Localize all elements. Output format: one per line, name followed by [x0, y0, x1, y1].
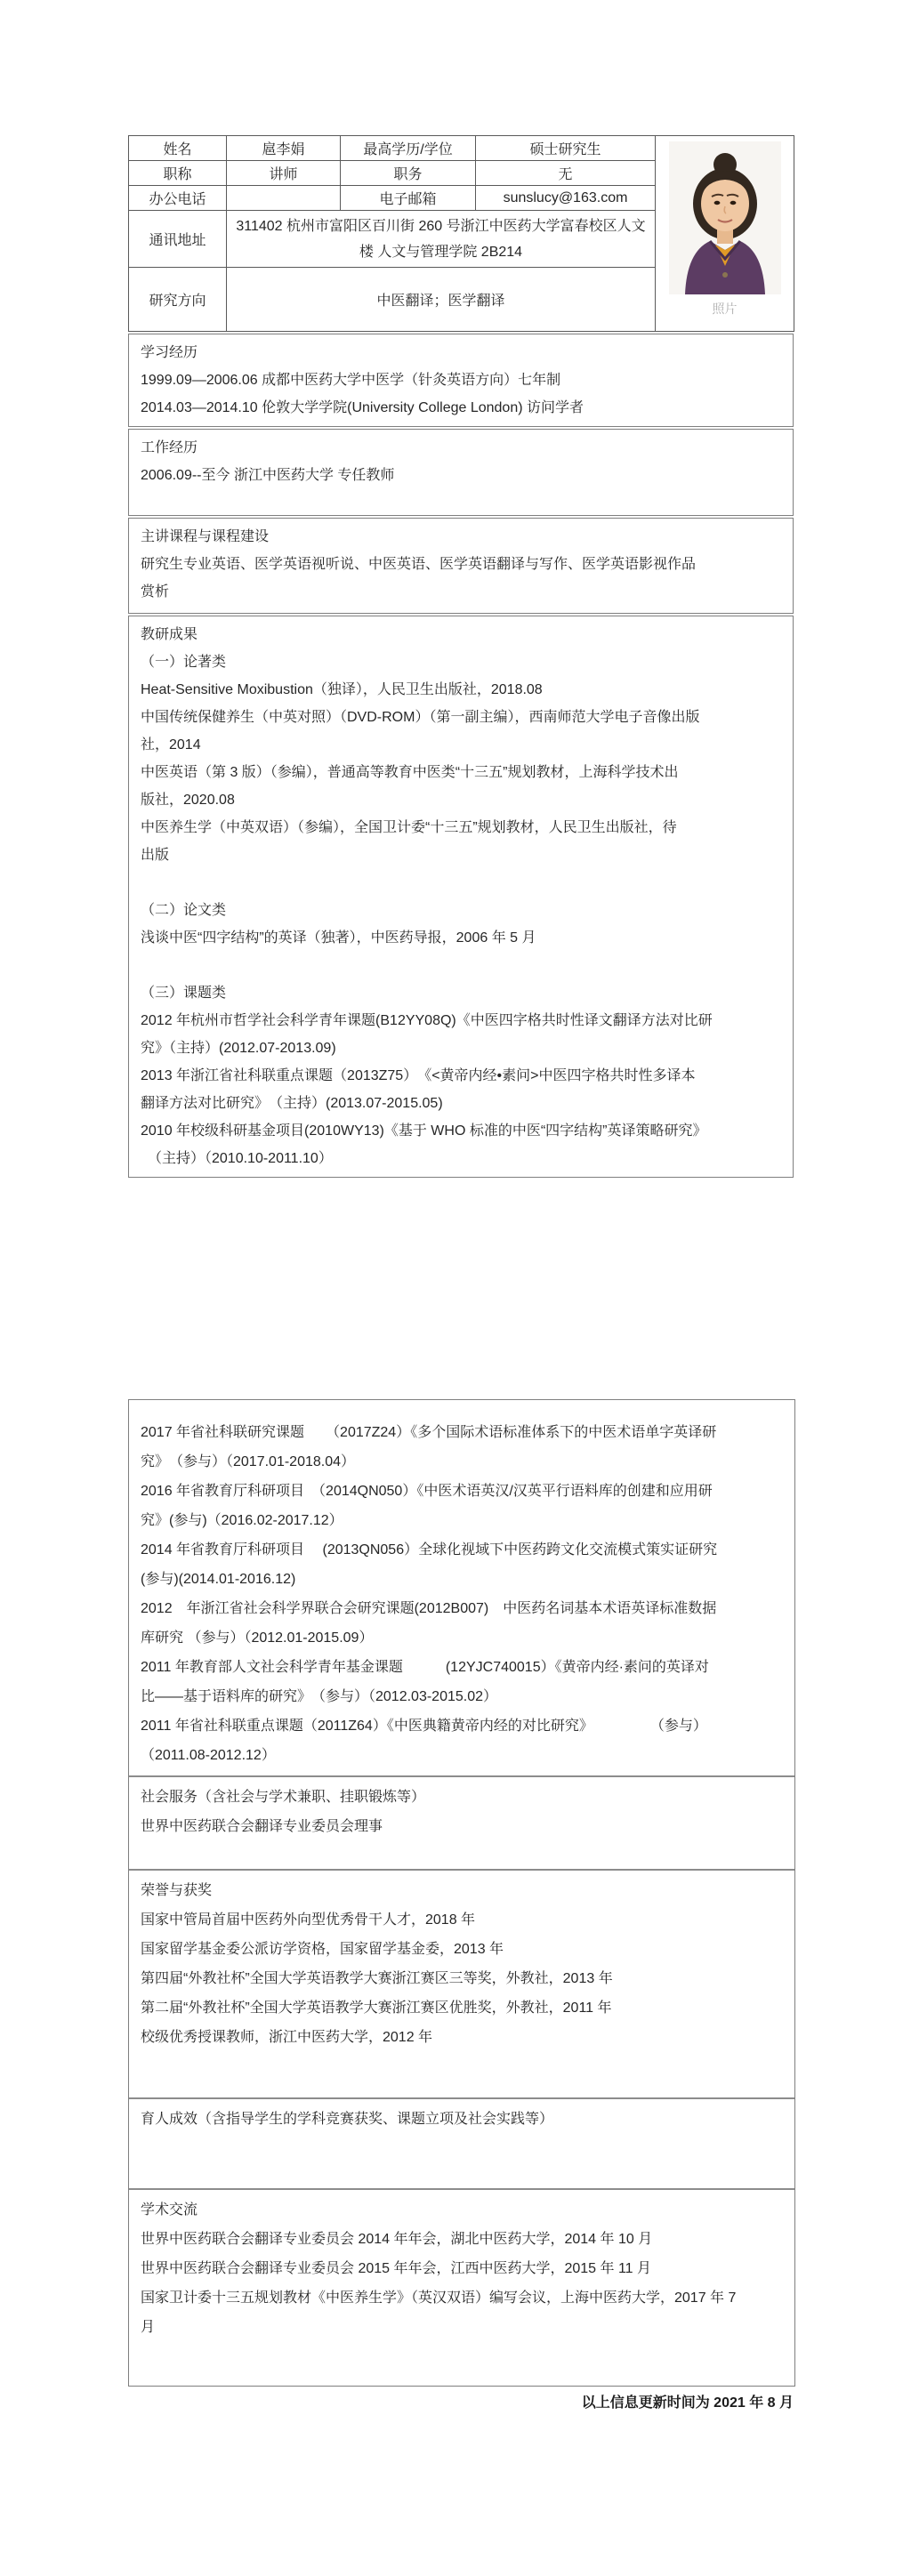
research-value: 中医翻译；医学翻译 — [227, 268, 656, 332]
update-time-note: 以上信息更新时间为 2021 年 8 月 — [128, 2391, 794, 2411]
text-line: 2011 年省社科联重点课题（2011Z64）《中医典籍黄帝内经的对比研究》 （… — [141, 1711, 783, 1741]
section-mentoring: 育人成效（含指导学生的学科竞赛获奖、课题立项及社会实践等） — [129, 2097, 794, 2188]
text-line: 究》 （参与）（2017.01-2018.04） — [141, 1447, 783, 1477]
email-value: sunslucy@163.com — [476, 186, 656, 211]
text-line: 2012 年杭州市哲学社会科学青年课题(B12YY08Q)《中医四字格共时性译文… — [141, 1007, 781, 1034]
duty-label: 职务 — [341, 161, 476, 186]
text-line — [141, 952, 781, 979]
text-line: （主持）（2010.10-2011.10） — [141, 1145, 781, 1172]
text-line: 2011 年教育部人文社会科学青年基金课题 (12YJC740015）《黄帝内经… — [141, 1653, 783, 1682]
text-line: (参与)(2014.01-2016.12) — [141, 1565, 783, 1594]
text-line: （一）论著类 — [141, 648, 781, 676]
section-title: 工作经历 — [141, 434, 781, 462]
degree-value: 硕士研究生 — [476, 136, 656, 161]
text-line: （三）课题类 — [141, 979, 781, 1007]
resume-page-2: 2017 年省社科联研究课题 （2017Z24）《多个国际术语标准体系下的中医术… — [128, 1399, 795, 2387]
degree-label: 最高学历/学位 — [341, 136, 476, 161]
text-line: 翻译方法对比研究》 （主持）(2013.07-2015.05) — [141, 1090, 781, 1117]
section-projects-continued: 2017 年省社科联研究课题 （2017Z24）《多个国际术语标准体系下的中医术… — [129, 1400, 794, 1775]
address-value: 311402 杭州市富阳区百川街 260 号浙江中医药大学富春校区人文楼 人文与… — [227, 211, 656, 268]
section-body: 2017 年省社科联研究课题 （2017Z24）《多个国际术语标准体系下的中医术… — [141, 1418, 783, 1770]
text-line: 1999.09—2006.06 成都中医药大学中医学（针灸英语方向）七年制 — [141, 366, 781, 394]
text-line: 研究生专业英语、医学英语视听说、中医英语、医学英语翻译与写作、医学英语影视作品 — [141, 551, 781, 578]
text-line: 比——基于语料库的研究》 （参与）（2012.03-2015.02） — [141, 1682, 783, 1711]
office-phone-value — [227, 186, 341, 211]
job-title-value: 讲师 — [227, 161, 341, 186]
text-line: 2017 年省社科联研究课题 （2017Z24）《多个国际术语标准体系下的中医术… — [141, 1418, 783, 1447]
text-line: 浅谈中医“四字结构”的英译（独著），中医药导报，2006 年 5 月 — [141, 924, 781, 952]
section-title: 育人成效（含指导学生的学科竞赛获奖、课题立项及社会实践等） — [141, 2105, 783, 2134]
text-line: 2014 年省教育厅科研项目 (2013QN056）全球化视域下中医药跨文化交流… — [141, 1535, 783, 1565]
section-achievements: 教研成果 （一）论著类Heat-Sensitive Moxibustion（独译… — [128, 616, 794, 1178]
section-title: 学习经历 — [141, 339, 781, 366]
text-line: 中医养生学（中英双语）（参编），全国卫计委“十三五”规划教材，人民卫生出版社，待 — [141, 814, 781, 841]
section-courses: 主讲课程与课程建设 研究生专业英语、医学英语视听说、中医英语、医学英语翻译与写作… — [128, 518, 794, 614]
text-line: 2013 年浙江省社科联重点课题（2013Z75） 《<黄帝内经•素问>中医四字… — [141, 1062, 781, 1090]
section-body: 研究生专业英语、医学英语视听说、中医英语、医学英语翻译与写作、医学英语影视作品赏… — [141, 551, 781, 606]
text-line: （二）论文类 — [141, 897, 781, 924]
text-line: 世界中医药联合会翻译专业委员会 2015 年年会，江西中医药大学，2015 年 … — [141, 2254, 783, 2283]
text-line — [141, 869, 781, 897]
section-social-service: 社会服务（含社会与学术兼职、挂职锻炼等） 世界中医药联合会翻译专业委员会理事 — [129, 1775, 794, 1869]
text-line: 社，2014 — [141, 731, 781, 759]
name-label: 姓名 — [129, 136, 227, 161]
text-line: 世界中医药联合会翻译专业委员会理事 — [141, 1812, 783, 1841]
email-label: 电子邮箱 — [341, 186, 476, 211]
text-line: 第二届“外教社杯”全国大学英语教学大赛浙江赛区优胜奖，外教社，2011 年 — [141, 1993, 783, 2023]
section-work: 工作经历 2006.09--至今 浙江中医药大学 专任教师 — [128, 429, 794, 516]
section-education: 学习经历 1999.09—2006.06 成都中医药大学中医学（针灸英语方向）七… — [128, 334, 794, 427]
section-title: 社会服务（含社会与学术兼职、挂职锻炼等） — [141, 1783, 783, 1812]
text-line: 究》(参与)（2016.02-2017.12） — [141, 1506, 783, 1535]
text-line: 版社，2020.08 — [141, 786, 781, 814]
section-body: （一）论著类Heat-Sensitive Moxibustion（独译），人民卫… — [141, 648, 781, 1172]
text-line: 中国传统保健养生（中英对照）（DVD-ROM）（第一副主编），西南师范大学电子音… — [141, 704, 781, 731]
section-title: 主讲课程与课程建设 — [141, 523, 781, 551]
text-line: 赏析 — [141, 578, 781, 606]
office-phone-label: 办公电话 — [129, 186, 227, 211]
section-title: 教研成果 — [141, 621, 781, 648]
section-body: 世界中医药联合会翻译专业委员会理事 — [141, 1812, 783, 1841]
text-line: 2016 年省教育厅科研项目 （2014QN050）《中医术语英汉/汉英平行语料… — [141, 1477, 783, 1506]
text-line: Heat-Sensitive Moxibustion（独译），人民卫生出版社，2… — [141, 676, 781, 704]
text-line: 国家中管局首届中医药外向型优秀骨干人才，2018 年 — [141, 1905, 783, 1935]
text-line: 世界中医药联合会翻译专业委员会 2014 年年会，湖北中医药大学，2014 年 … — [141, 2225, 783, 2254]
text-line: 2006.09--至今 浙江中医药大学 专任教师 — [141, 462, 781, 489]
section-body: 1999.09—2006.06 成都中医药大学中医学（针灸英语方向）七年制201… — [141, 366, 781, 422]
section-body: 国家中管局首届中医药外向型优秀骨干人才，2018 年国家留学基金委公派访学资格，… — [141, 1905, 783, 2052]
photo-cell: 照片 — [656, 136, 794, 332]
text-line: 月 — [141, 2313, 783, 2342]
resume-page-1: 姓名 扈李娟 最高学历/学位 硕士研究生 — [128, 135, 794, 1178]
text-line: 出版 — [141, 841, 781, 869]
profile-table: 姓名 扈李娟 最高学历/学位 硕士研究生 — [128, 135, 794, 332]
text-line: 国家卫计委十三五规划教材《中医养生学》（英汉双语）编写会议，上海中医药大学，20… — [141, 2283, 783, 2313]
text-line: 2012 年浙江省社会科学界联合会研究课题(2012B007) 中医药名词基本术… — [141, 1594, 783, 1623]
text-line: 国家留学基金委公派访学资格，国家留学基金委，2013 年 — [141, 1935, 783, 1964]
section-academic-exchange: 学术交流 世界中医药联合会翻译专业委员会 2014 年年会，湖北中医药大学，20… — [129, 2188, 794, 2386]
text-line: 第四届“外教社杯”全国大学英语教学大赛浙江赛区三等奖，外教社，2013 年 — [141, 1964, 783, 1993]
text-line: （2011.08-2012.12） — [141, 1741, 783, 1770]
text-line: 2014.03—2014.10 伦敦大学学院(University Colleg… — [141, 394, 781, 422]
text-line: 2010 年校级科研基金项目(2010WY13)《基于 WHO 标准的中医“四字… — [141, 1117, 781, 1145]
text-line: 中医英语（第 3 版）（参编），普通高等教育中医类“十三五”规划教材，上海科学技… — [141, 759, 781, 786]
section-body: 2006.09--至今 浙江中医药大学 专任教师 — [141, 462, 781, 489]
section-title: 荣誉与获奖 — [141, 1876, 783, 1905]
id-photo — [669, 141, 781, 294]
address-label: 通讯地址 — [129, 211, 227, 268]
section-honors: 荣誉与获奖 国家中管局首届中医药外向型优秀骨干人才，2018 年国家留学基金委公… — [129, 1869, 794, 2097]
text-line: 校级优秀授课教师，浙江中医药大学，2012 年 — [141, 2023, 783, 2052]
name-value: 扈李娟 — [227, 136, 341, 161]
text-line: 库研究 （参与）（2012.01-2015.09） — [141, 1623, 783, 1653]
section-title: 学术交流 — [141, 2195, 783, 2225]
photo-caption: 照片 — [659, 300, 790, 318]
duty-value: 无 — [476, 161, 656, 186]
job-title-label: 职称 — [129, 161, 227, 186]
research-label: 研究方向 — [129, 268, 227, 332]
section-body: 世界中医药联合会翻译专业委员会 2014 年年会，湖北中医药大学，2014 年 … — [141, 2225, 783, 2342]
text-line: 究》（主持）(2012.07-2013.09) — [141, 1034, 781, 1062]
